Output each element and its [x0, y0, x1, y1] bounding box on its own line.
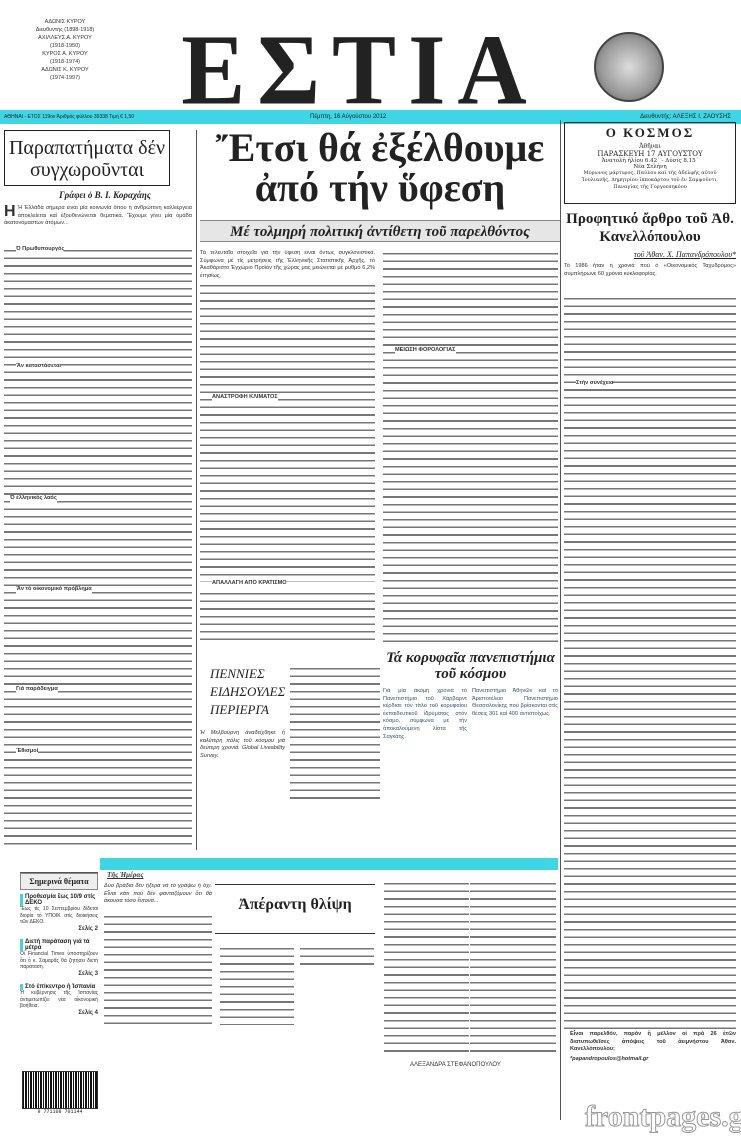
- headline-rule: [215, 933, 375, 934]
- issue-date: Πέμπτη, 16 Αὐγούστου 2012: [310, 110, 386, 124]
- author-name: ΑΛΕΞΑΝΔΡΑ ΣΤΕΦΑΝΟΠΟΥΛΟΥ: [410, 1062, 501, 1070]
- kosmos-box: Ο ΚΟΣΜΟΣ Ἀθῆναι ΠΑΡΑΣΚΕΥΗ 17 ΑΥΓΟΥΣΤΟΥ Ἀ…: [564, 122, 736, 204]
- kosmos-title: Ο ΚΟΣΜΟΣ: [565, 125, 735, 141]
- universities-text: Γιά μία ἀκόμη χρονιά τό Πανεπιστήμιο τοῦ…: [383, 688, 467, 805]
- right-headline[interactable]: Προφητικό ἄρθρο τοῦ Ἀθ. Κανελλόπουλου: [564, 210, 736, 246]
- main-body-col1: [200, 282, 375, 582]
- topic-text: Ἕως τίς 10 Σεπτεμβρίου δίδεται διορία τό…: [20, 906, 98, 926]
- right-byline: τοῦ Ἀθαν. Χ. Παπανδρόπουλου*: [600, 250, 736, 259]
- topic-title[interactable]: Διετή παράταση γιά τά μέτρα: [20, 939, 98, 951]
- universities-text-2: Πανεπιστήμιο Ἀθηνῶν καί τό Ἀριστοτέλειο …: [472, 688, 558, 805]
- para-start: Ὁ ἑλληνικός λαός: [10, 495, 57, 503]
- headline-rule: [215, 884, 375, 885]
- topic-text: Ἡ κυβέρνησις τῆς Ἰσπανίας ἀντιμετωπίζει …: [20, 990, 98, 1010]
- founders-list: ΑΔΩΝΙΣ ΚΥΡΟΥΔιευθυντής (1898-1918) ΑΧΙΛΛ…: [20, 18, 110, 82]
- barcode-icon: [22, 1071, 98, 1109]
- main-body-col1b: [200, 590, 375, 640]
- para-start: Στήν συνέχεια: [576, 380, 613, 388]
- para-start: Ἄν τό οἰκονομικό πρόβλημα: [16, 586, 92, 594]
- seal-emblem-icon: [594, 32, 664, 102]
- tis-imeras-lead: Δύο βράδια δέν ἤξερα νά τό γράψω ἤ ὄχι. …: [104, 883, 212, 913]
- tis-imeras-col5: [470, 880, 556, 1058]
- right-closing: Εἶναι παρελθόν, παρόν ἤ μέλλον οἱ πρό 26…: [570, 1031, 736, 1054]
- kosmos-saints: Μύρωνος μάρτυρος, Παύλου καὶ τῆς ἀδελφῆς…: [565, 170, 735, 191]
- kosmos-date: ΠΑΡΑΣΚΕΥΗ 17 ΑΥΓΟΥΣΤΟΥ: [565, 150, 735, 158]
- section-heading: ΑΠΑΛΛΑΓΗ ΑΠΟ ΚΡΑΤΙΣΜΟ: [212, 580, 287, 588]
- main-lead: Τά τελευταῖα στοιχεῖα γιά τήν ὕφεση εἶνα…: [200, 250, 375, 280]
- para-start: Ἔθισμοί: [16, 748, 38, 756]
- column-divider: [196, 130, 197, 850]
- cyan-strip: [100, 858, 558, 870]
- topic-page[interactable]: Σελίς 3: [20, 971, 98, 979]
- barcode-number: 9 771108 701144: [22, 1109, 98, 1115]
- news-box-col2: [290, 665, 380, 805]
- watermark: frontpages.gr: [585, 1100, 741, 1134]
- tis-imeras-col4: [384, 880, 469, 1058]
- right-body-text: [564, 295, 736, 1030]
- right-lead: Τό 1986 ἦταν ἡ χρονιά πού ὁ «Οἰκονομικός…: [564, 263, 736, 293]
- main-subhead: Μέ τολμηρή πολιτική ἀντίθετη τοῦ παρελθό…: [200, 220, 560, 242]
- news-box-title: ΠΕΝΝΙΕΣΕΙΔΗΣΟΥΛΕΣΠΕΡΙΕΡΓΑ: [200, 665, 285, 725]
- kosmos-city: Ἀθῆναι: [565, 143, 735, 150]
- issue-info: ΑΘΗΝΑΙ - ΕΤΟΣ 119ον Άριθμός φύλλου 39338…: [4, 110, 134, 124]
- left-byline: Γράφει ὁ Β. Ι. Κοραχάης: [40, 190, 170, 200]
- left-lead: ΗἩ Ἑλλάδα σήμερα εἶναι μία κοινωνία ὅπου…: [4, 205, 192, 245]
- newspaper-title: ΕΣΤΙΑ: [165, 28, 555, 112]
- universities-headline[interactable]: Τά κορυφαῖα πανεπιστήμια τοῦ κόσμου: [383, 650, 558, 682]
- left-headline-box: Παραπατήματα δέν συγχωροῦνται: [4, 130, 170, 186]
- para-start: Ἄν καταστάσεται: [16, 363, 61, 371]
- main-headline[interactable]: Ἔτσι θά ἐξέλθουμε ἀπό τήν ὕφεση: [200, 128, 560, 208]
- topic-page[interactable]: Σελίς 4: [20, 1010, 98, 1018]
- topics-title: Σημερινά θέματα: [20, 873, 98, 890]
- para-start: Γιά παράδειγμα: [16, 686, 58, 694]
- section-heading: ΜΕΙΩΣΗ ΦΟΡΟΛΟΓΙΑΣ: [395, 347, 456, 355]
- tis-imeras-col1: [104, 913, 212, 1028]
- topic-text: Οἱ Financial Times ὑποστηρίζουν ὅτι ὁ κ.…: [20, 951, 98, 971]
- main-body-col2: [383, 250, 558, 645]
- topic-title[interactable]: Προθεσμία ἕως 10/9 στίς ΔΕΚΟ: [20, 894, 98, 906]
- left-headline[interactable]: Παραπατήματα δέν συγχωροῦνται: [5, 137, 169, 181]
- news-box-text: Ἡ Μελβούρνη ἀναδείχθηκε ἡ καλύτερη πόλις…: [200, 730, 285, 760]
- tis-imeras-col3: [300, 945, 374, 965]
- topic-page[interactable]: Σελίς 2: [20, 926, 98, 934]
- tis-imeras-col2: [220, 945, 294, 1025]
- section-heading: ΑΝΑΣΤΡΟΦΗ ΚΛΙΜΑΤΟΣ: [212, 394, 278, 402]
- para-start: Ὁ Πρωθυπουργός: [16, 246, 64, 254]
- author-email[interactable]: *papandropoulos@hotmail.gr: [570, 1056, 649, 1064]
- tis-imeras-headline[interactable]: Ἀπέραντη θλίψη: [215, 896, 375, 914]
- topics-sidebar: Σημερινά θέματα Προθεσμία ἕως 10/9 στίς …: [20, 872, 98, 1077]
- column-divider: [560, 120, 561, 1120]
- left-body-text: [4, 247, 192, 847]
